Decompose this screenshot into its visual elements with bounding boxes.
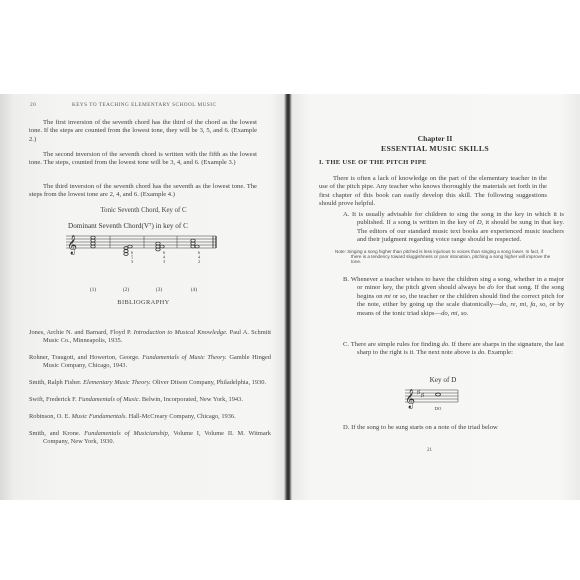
- svg-text:♯: ♯: [421, 392, 424, 399]
- item-c-marker: C.: [343, 341, 349, 348]
- key-of-d-figure: Key of D 𝄞 ♯ ♯ DO: [400, 372, 480, 418]
- svg-text:3: 3: [163, 259, 165, 264]
- item-a-marker: A.: [343, 211, 349, 218]
- item-b-text: Whenever a teacher wishes to have the ch…: [351, 276, 564, 317]
- svg-text:(4): (4): [191, 286, 198, 293]
- item-d-marker: D.: [343, 424, 349, 431]
- bibliography-entry: Rohner, Traugott, and Howerton, George. …: [29, 354, 271, 370]
- svg-text:♯: ♯: [417, 389, 420, 396]
- book-spread: 20 KEYS TO TEACHING ELEMENTARY SCHOOL MU…: [0, 94, 580, 500]
- note-block: Note: Singing a song higher than pitched…: [335, 249, 551, 265]
- chapter-title: ESSENTIAL MUSIC SKILLS: [290, 144, 580, 153]
- bibliography-entry: Swift, Frederick F. Fundamentals of Musi…: [29, 396, 271, 404]
- item-d: D. If the song to be sung starts on a no…: [343, 424, 564, 432]
- left-page: 20 KEYS TO TEACHING ELEMENTARY SCHOOL MU…: [0, 94, 287, 500]
- item-d-text: If the song to be sung starts on a note …: [351, 424, 498, 431]
- bibliography-entry: Smith, and Krone. Fundamentals of Musici…: [29, 430, 271, 446]
- svg-text:Key of D: Key of D: [430, 376, 457, 384]
- svg-text:DO: DO: [435, 406, 442, 411]
- paragraph-third-inversion: The third inversion of the seventh chord…: [29, 183, 257, 200]
- note-label: Note:: [335, 249, 346, 254]
- svg-text:(1): (1): [90, 286, 97, 293]
- dominant-seventh-chord-figure: Dominant Seventh Chord(V⁷) in key of C 𝄞: [60, 218, 230, 298]
- svg-text:(2): (2): [123, 286, 130, 293]
- running-title: KEYS TO TEACHING ELEMENTARY SCHOOL MUSIC: [72, 102, 216, 108]
- item-c-text: There are simple rules for finding do. I…: [351, 341, 564, 356]
- bibliography-entry: Smith, Ralph Fisher. Elementary Music Th…: [29, 379, 271, 387]
- svg-text:Dominant Seventh Chord(V⁷) in: Dominant Seventh Chord(V⁷) in key of C: [68, 222, 188, 230]
- item-a-text: It is usually advisable for children to …: [352, 211, 564, 243]
- svg-text:𝄞: 𝄞: [405, 389, 415, 409]
- bibliography-entry: Robinson, O. E. Music Fundamentals. Hall…: [29, 413, 271, 421]
- svg-text:(3): (3): [156, 286, 163, 293]
- intro-paragraph: There is often a lack of knowledge on th…: [319, 175, 547, 209]
- item-b-marker: B.: [343, 276, 349, 283]
- paragraph-second-inversion: The second inversion of the seventh chor…: [29, 151, 257, 168]
- chapter-label: Chapter II: [290, 134, 580, 143]
- svg-text:𝄞: 𝄞: [67, 235, 77, 255]
- bibliography-entry: Jones, Archie N. and Barnard, Floyd P. I…: [29, 329, 271, 345]
- right-page-number: 21: [427, 448, 432, 453]
- section-heading: I. THE USE OF THE PITCH PIPE: [319, 159, 427, 166]
- svg-text:2: 2: [198, 259, 200, 264]
- example-caption: Tonic Seventh Chord, Key of C: [0, 207, 287, 214]
- left-page-number: 20: [30, 102, 36, 108]
- item-b: B. Whenever a teacher wishes to have the…: [343, 276, 564, 318]
- paragraph-first-inversion: The first inversion of the seventh chord…: [29, 119, 257, 144]
- bibliography-heading: BIBLIOGRAPHY: [0, 299, 287, 306]
- item-c: C. There are simple rules for finding do…: [343, 341, 564, 358]
- right-page: Chapter II ESSENTIAL MUSIC SKILLS I. THE…: [290, 94, 580, 500]
- note-text: Singing a song higher than pitched is le…: [347, 249, 550, 264]
- svg-text:3: 3: [131, 259, 133, 264]
- item-a: A. It is usually advisable for children …: [343, 211, 564, 245]
